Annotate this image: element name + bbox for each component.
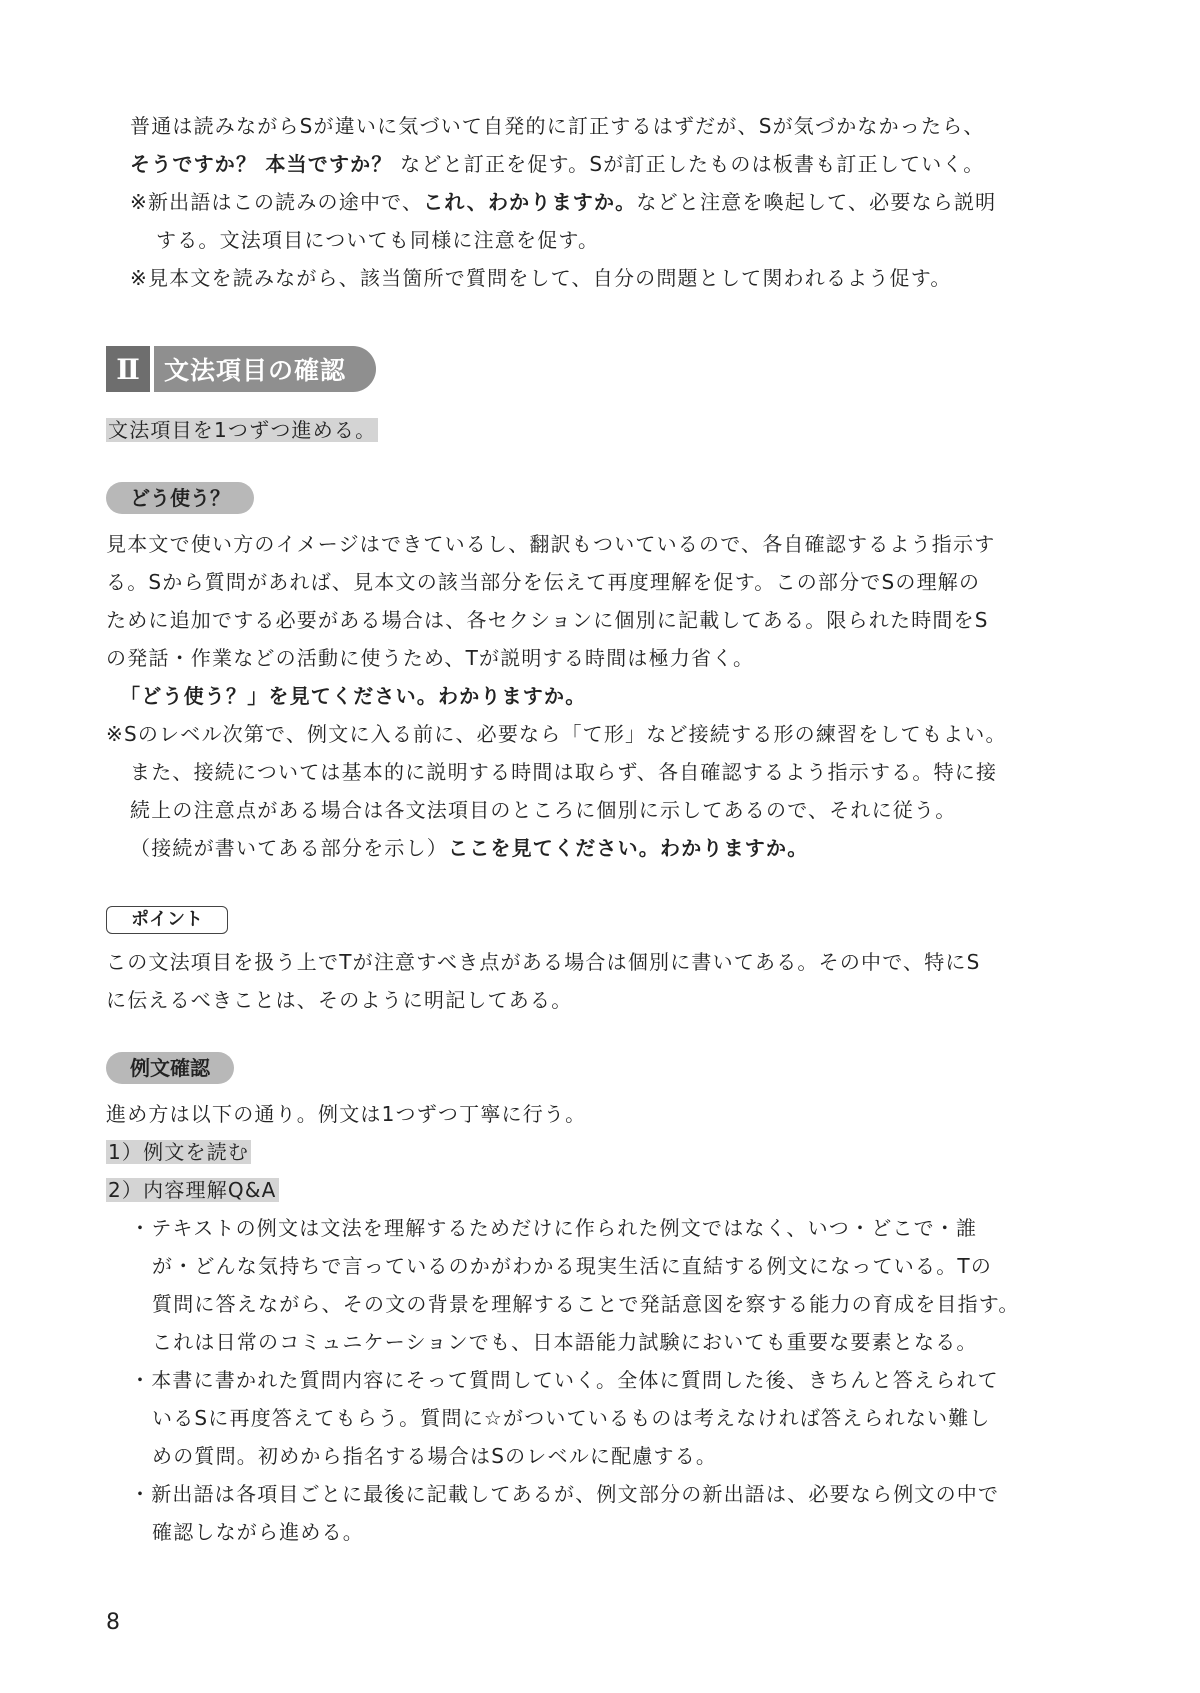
example-check-label: 例文確認 [106,1052,234,1084]
bullet-line: いるSに再度答えてもらう。質問に☆がついているものは考えなければ答えられない難し [152,1400,991,1436]
section-title: 文法項目の確認 [154,346,376,392]
example-check-step: 1）例文を読む [106,1134,251,1170]
how-to-use-note: 続上の注意点がある場合は各文法項目のところに個別に示してあるので、それに従う。 [130,792,956,828]
example-check-step: 2）内容理解Q&A [106,1172,279,1208]
page-number: 8 [106,1610,120,1635]
intro-line-1: 普通は読みながらSが違いに気づいて自発的に訂正するはずだが、Sが気づかなかったら… [130,108,985,144]
intro-note-1-cont: する。文法項目についても同様に注意を促す。 [156,222,599,258]
example-check-intro: 進め方は以下の通り。例文は1つずつ丁寧に行う。 [106,1096,586,1132]
intro-note-1: ※新出語はこの読みの途中で、これ、わかりますか。などと注意を喚起して、必要なら説… [130,184,996,220]
bullet-line: これは日常のコミュニケーションでも、日本語能力試験においても重要な要素となる。 [152,1324,978,1360]
step-text: 2）内容理解Q&A [106,1178,279,1202]
how-to-use-prompt: 「どう使う？」を見てください。わかりますか。 [120,678,586,714]
how-to-use-line: 見本文で使い方のイメージはできているし、翻訳もついているので、各自確認するよう指… [106,526,995,562]
step-text: 1）例文を読む [106,1140,251,1164]
note-text: （接続が書いてある部分を示し） [130,836,448,860]
section-summary-text: 文法項目を1つずつ進める。 [106,418,378,442]
how-to-use-note-last: （接続が書いてある部分を示し）ここを見てください。わかりますか。 [130,830,808,866]
note-text: などと注意を喚起して、必要なら説明 [636,190,996,214]
note-bold-prompt: これ、わかりますか。 [423,190,636,214]
note-bold-prompt: ここを見てください。わかりますか。 [448,836,808,860]
point-line: この文法項目を扱う上でTが注意すべき点がある場合は個別に書いてある。その中で、特… [106,944,981,980]
how-to-use-line: の発話・作業などの活動に使うため、Tが説明する時間は極力省く。 [106,640,754,676]
bullet-line: 確認しながら進める。 [152,1514,364,1550]
bullet-line: ・新出語は各項目ごとに最後に記載してあるが、例文部分の新出語は、必要なら例文の中… [130,1476,999,1512]
point-label: ポイント [106,906,228,934]
note-text: ※新出語はこの読みの途中で、 [130,190,423,214]
bullet-line: 質問に答えながら、その文の背景を理解することで発話意図を察する能力の育成を目指す… [152,1286,1020,1322]
intro-note-2: ※見本文を読みながら、該当箇所で質問をして、自分の問題として関われるよう促す。 [130,260,952,296]
bullet-line: ・テキストの例文は文法を理解するためだけに作られた例文ではなく、いつ・どこで・誰 [130,1210,977,1246]
intro-line-2-rest: などと訂正を促す。Sが訂正したものは板書も訂正していく。 [393,152,985,176]
how-to-use-label: どう使う？ [106,482,254,514]
how-to-use-note: ※Sのレベル次第で、例文に入る前に、必要なら「て形」など接続する形の練習をしても… [106,716,1007,752]
intro-line-2: そうですか？ 本当ですか？ などと訂正を促す。Sが訂正したものは板書も訂正してい… [130,146,984,182]
section-header: Ⅱ 文法項目の確認 [106,346,376,392]
section-number: Ⅱ [106,346,150,392]
how-to-use-line: ために追加でする必要がある場合は、各セクションに個別に記載してある。限られた時間… [106,602,989,638]
how-to-use-line: る。Sから質問があれば、見本文の該当部分を伝えて再度理解を促す。この部分でSの理… [106,564,980,600]
bullet-line: めの質問。初めから指名する場合はSのレベルに配慮する。 [152,1438,717,1474]
section-summary: 文法項目を1つずつ進める。 [106,412,378,448]
point-line: に伝えるべきことは、そのように明記してある。 [106,982,572,1018]
bullet-line: ・本書に書かれた質問内容にそって質問していく。全体に質問した後、きちんと答えられ… [130,1362,999,1398]
how-to-use-note: また、接続については基本的に説明する時間は取らず、各自確認するよう指示する。特に… [130,754,997,790]
bullet-line: が・どんな気持ちで言っているのかがわかる現実生活に直結する例文になっている。Tの [152,1248,992,1284]
intro-bold-prompt: そうですか？ 本当ですか？ [130,152,393,176]
